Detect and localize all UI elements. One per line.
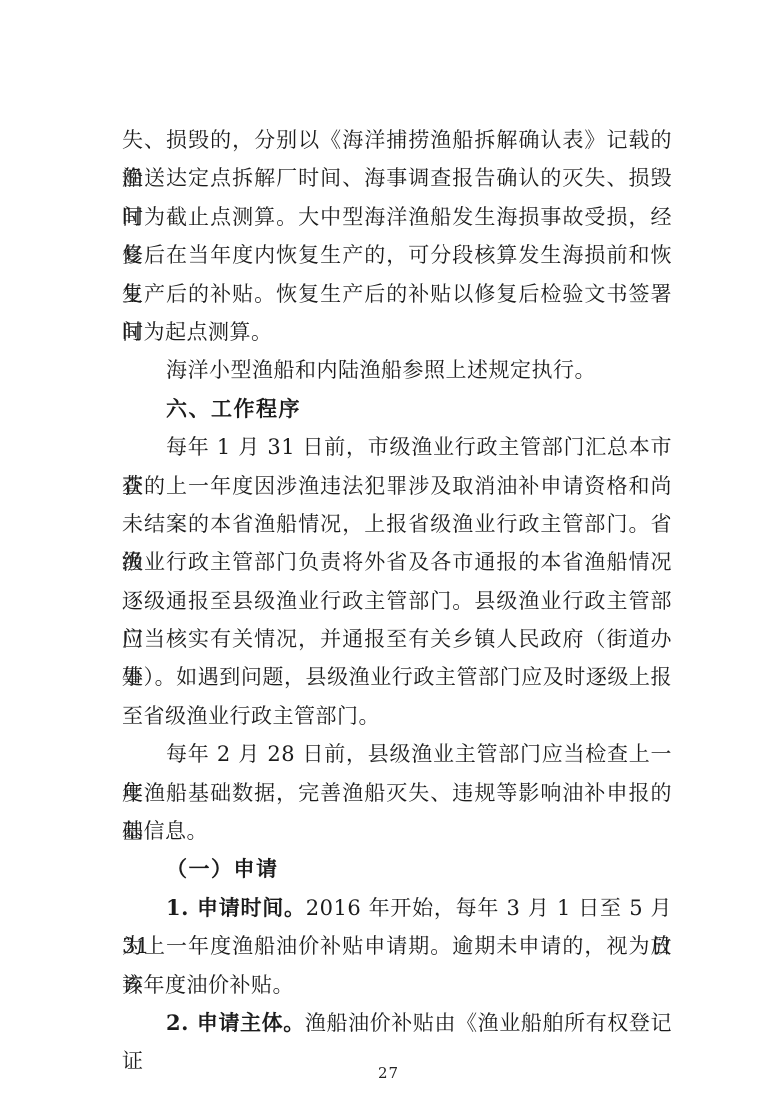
text-line: 该年度油价补贴。: [122, 966, 672, 1004]
text-line: 海洋小型渔船和内陆渔船参照上述规定执行。: [122, 351, 672, 389]
text-line: 每年 1 月 31 日前，市级渔业行政主管部门汇总本市查: [122, 428, 672, 466]
text-line: 2. 申请主体。渔船油价补贴由《渔业船舶所有权登记证: [122, 1004, 672, 1042]
text-line: 未结案的本省渔船情况，上报省级渔业行政主管部门。省级: [122, 505, 672, 543]
text-line: 至省级渔业行政主管部门。: [122, 697, 672, 735]
text-line: 逐级通报至县级渔业行政主管部门。县级渔业行政主管部门: [122, 582, 672, 620]
text-line: 获的上一年度因涉渔违法犯罪涉及取消油补申请资格和尚: [122, 467, 672, 505]
text-line: 础信息。: [122, 812, 672, 850]
document-page: 失、损毁的，分别以《海洋捕捞渔船拆解确认表》记载的渔 船送达定点拆解厂时间、海事…: [0, 0, 777, 1120]
text-line: 处）。如遇到问题，县级渔业行政主管部门应及时逐级上报: [122, 658, 672, 696]
text-line: 渔业行政主管部门负责将外省及各市通报的本省渔船情况: [122, 543, 672, 581]
page-number: 27: [0, 1064, 777, 1082]
text-line: 度渔船基础数据，完善渔船灭失、违规等影响油补申报的基: [122, 774, 672, 812]
text-line: 失、损毁的，分别以《海洋捕捞渔船拆解确认表》记载的渔: [122, 121, 672, 159]
text-line: 1. 申请时间。2016 年开始，每年 3 月 1 日至 5 月 31 日: [122, 889, 672, 927]
text-line: 间为截止点测算。大中型海洋渔船发生海损事故受损，经修: [122, 198, 672, 236]
list-item-label: 2. 申请主体。: [166, 1010, 305, 1035]
text-line: 应当核实有关情况，并通报至有关乡镇人民政府（街道办事: [122, 620, 672, 658]
text-line: 复后在当年度内恢复生产的，可分段核算发生海损前和恢复: [122, 236, 672, 274]
text-line: 船送达定点拆解厂时间、海事调查报告确认的灭失、损毁时: [122, 159, 672, 197]
text-line: 生产后的补贴。恢复生产后的补贴以修复后检验文书签署时: [122, 275, 672, 313]
list-item-label: 1. 申请时间。: [166, 895, 306, 920]
text-line: 每年 2 月 28 日前，县级渔业主管部门应当检查上一年: [122, 735, 672, 773]
text-block: 失、损毁的，分别以《海洋捕捞渔船拆解确认表》记载的渔 船送达定点拆解厂时间、海事…: [122, 121, 672, 1042]
text-line: 间为起点测算。: [122, 313, 672, 351]
text-line: 为上一年度渔船油价补贴申请期。逾期未申请的，视为放弃: [122, 927, 672, 965]
section-heading: 六、工作程序: [122, 390, 672, 428]
subsection-heading: （一）申请: [122, 850, 672, 888]
